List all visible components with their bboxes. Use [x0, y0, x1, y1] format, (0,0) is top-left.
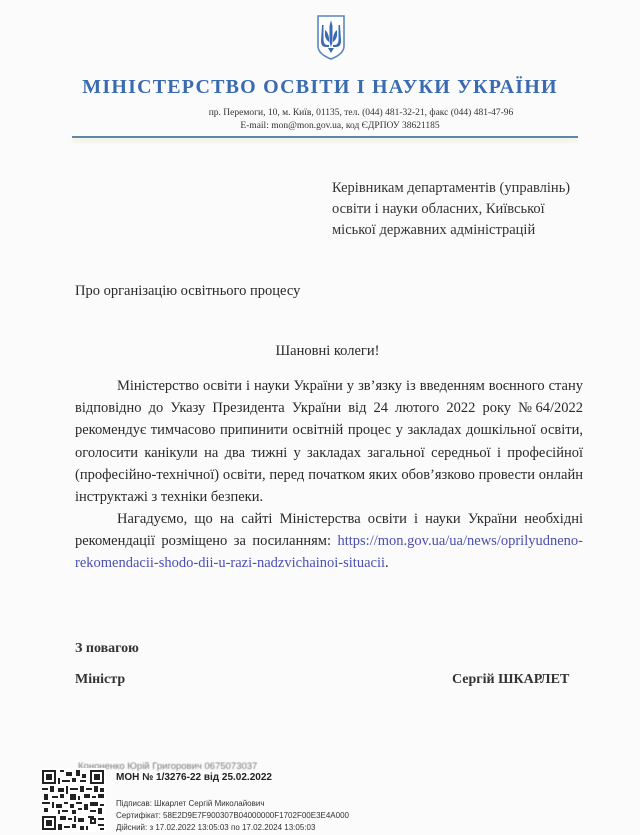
signatory-position: Міністр	[75, 672, 125, 688]
salutation: Шановні колеги!	[0, 343, 640, 360]
certificate-id: Сертифікат: 58E2D9E7F900307B04000000F170…	[116, 811, 349, 820]
ministry-address: пр. Перемоги, 10, м. Київ, 01135, тел. (…	[0, 108, 640, 118]
ministry-title: МІНІСТЕРСТВО ОСВІТИ І НАУКИ УКРАЇНИ	[0, 76, 640, 99]
ministry-contacts: E-mail: mon@mon.gov.ua, код ЄДРПОУ 38621…	[0, 121, 640, 131]
addressee-line: освіти і науки обласних, Київської	[332, 199, 612, 220]
qr-code-icon	[40, 768, 106, 832]
paragraph-end: .	[385, 555, 389, 571]
registration-number: МОН № 1/3276-22 від 25.02.2022	[116, 772, 272, 783]
addressee-block: Керівникам департаментів (управлінь) осв…	[332, 178, 612, 241]
header-divider	[72, 136, 578, 138]
closing-regards: З повагою	[75, 641, 139, 657]
digital-signer: Підписав: Шкарлет Сергій Миколайович	[116, 799, 265, 808]
tryzub-emblem-icon	[316, 14, 346, 60]
certificate-validity: Дійсний: з 17.02.2022 13:05:03 по 17.02.…	[116, 823, 315, 832]
addressee-line: міської державних адміністрацій	[332, 220, 612, 241]
body-paragraph: Міністерство освіти і науки України у зв…	[75, 375, 583, 508]
body-paragraph-link: Нагадуємо, що на сайті Міністерства осві…	[75, 508, 583, 575]
signatory-name: Сергій ШКАРЛЕТ	[452, 672, 569, 688]
letter-page: МІНІСТЕРСТВО ОСВІТИ І НАУКИ УКРАЇНИ пр. …	[0, 0, 640, 835]
addressee-line: Керівникам департаментів (управлінь)	[332, 178, 612, 199]
letter-subject: Про організацію освітнього процесу	[75, 283, 300, 300]
